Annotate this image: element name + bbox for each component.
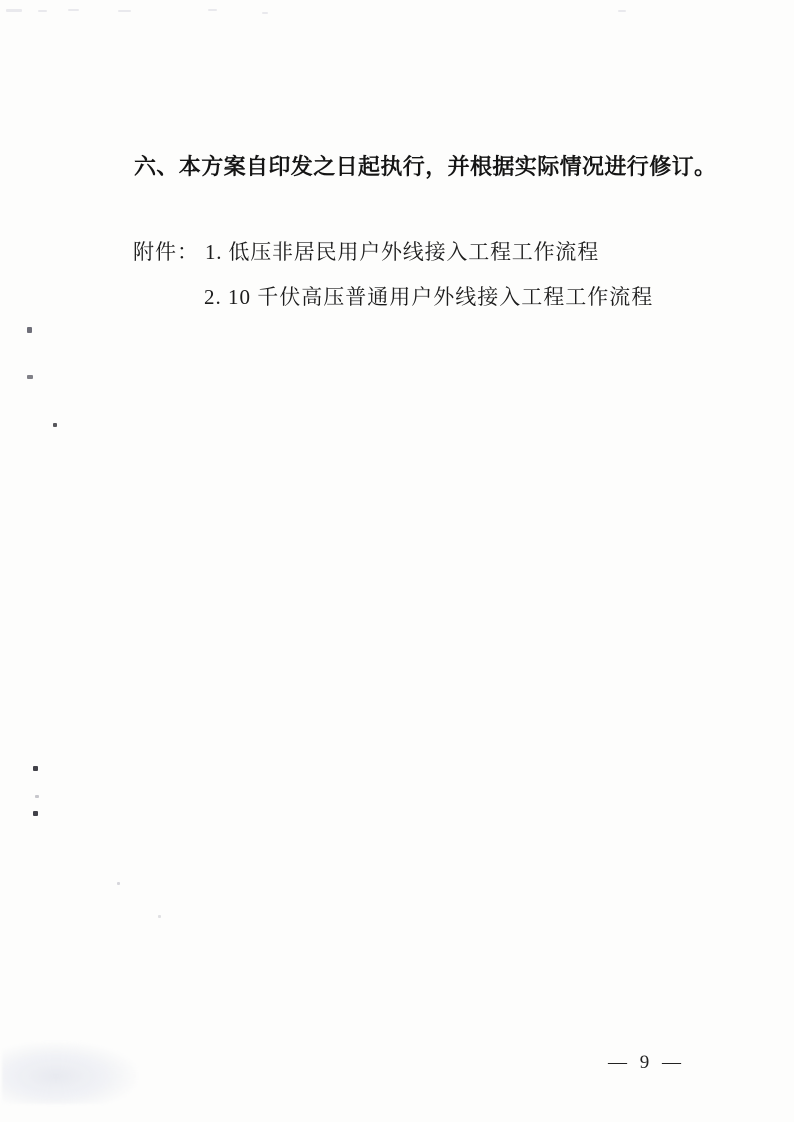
page-number: — 9 —	[608, 1052, 682, 1074]
scan-speck	[33, 811, 38, 816]
scan-edge-noise	[38, 10, 47, 12]
attachment-item-2: 2. 10 千伏高压普通用户外线接入工程工作流程	[204, 281, 653, 311]
scan-edge-noise	[68, 9, 79, 11]
scan-speck	[158, 915, 161, 918]
scan-edge-noise	[118, 10, 131, 12]
scan-speck	[27, 327, 32, 333]
scan-speck	[117, 882, 120, 885]
section-heading: 六、本方案自印发之日起执行，并根据实际情况进行修订。	[134, 153, 716, 181]
scan-smudge	[2, 1042, 137, 1104]
scan-speck	[33, 766, 38, 771]
scan-edge-noise	[6, 9, 22, 12]
scan-speck	[35, 795, 39, 798]
scan-speck	[53, 423, 57, 427]
attachment-item-1: 1. 低压非居民用户外线接入工程工作流程	[205, 236, 599, 266]
scan-edge-noise	[618, 10, 626, 12]
attachments-label: 附件：	[133, 236, 199, 266]
scan-edge-noise	[262, 12, 268, 14]
document-page: 六、本方案自印发之日起执行，并根据实际情况进行修订。 附件： 1. 低压非居民用…	[0, 0, 794, 1122]
scan-speck	[27, 375, 33, 379]
scan-edge-noise	[208, 9, 217, 11]
